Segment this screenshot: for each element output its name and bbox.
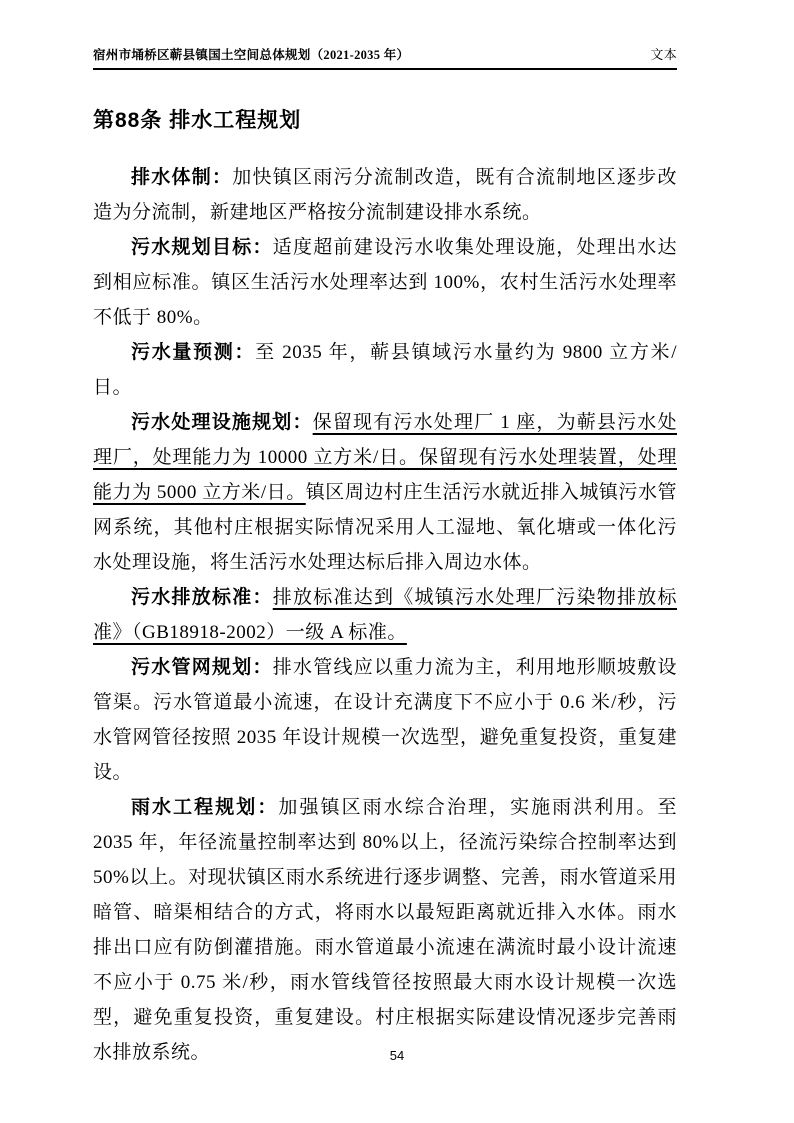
header-doc-type-label: 文本 bbox=[650, 44, 677, 63]
paragraph-label: 污水排放标准： bbox=[131, 587, 273, 608]
page-number: 54 bbox=[390, 1048, 404, 1063]
paragraph-label: 污水管网规划： bbox=[131, 657, 273, 678]
paragraph: 污水管网规划：排水管线应以重力流为主，利用地形顺坡敷设管渠。污水管道最小流速，在… bbox=[93, 650, 677, 790]
paragraph: 污水量预测：至 2035 年，蕲县镇域污水量约为 9800 立方米/日。 bbox=[93, 335, 677, 405]
document-page: 宿州市埇桥区蕲县镇国土空间总体规划（2021-2035 年） 文本 第88条 排… bbox=[0, 0, 794, 1123]
paragraph-label: 雨水工程规划： bbox=[131, 797, 278, 818]
paragraph-label: 污水规划目标： bbox=[131, 237, 273, 258]
paragraph-label: 污水量预测： bbox=[131, 342, 255, 363]
paragraph: 污水处理设施规划：保留现有污水处理厂 1 座，为蕲县污水处理厂，处理能力为 10… bbox=[93, 405, 677, 580]
text-segment: 加强镇区雨水综合治理，实施雨洪利用。至 2035 年，年径流量控制率达到 80%… bbox=[93, 797, 677, 1063]
paragraph: 污水排放标准：排放标准达到《城镇污水处理厂污染物排放标准》（GB18918-20… bbox=[93, 580, 677, 650]
paragraph-label: 污水处理设施规划： bbox=[131, 412, 313, 433]
paragraph-label: 排水体制： bbox=[131, 167, 232, 188]
paragraph: 污水规划目标：适度超前建设污水收集处理设施，处理出水达到相应标准。镇区生活污水处… bbox=[93, 230, 677, 335]
page-header: 宿州市埇桥区蕲县镇国土空间总体规划（2021-2035 年） 文本 bbox=[93, 44, 677, 70]
section-title: 第88条 排水工程规划 bbox=[93, 104, 677, 134]
header-document-title: 宿州市埇桥区蕲县镇国土空间总体规划（2021-2035 年） bbox=[93, 45, 409, 63]
document-content: 第88条 排水工程规划 排水体制：加快镇区雨污分流制改造，既有合流制地区逐步改造… bbox=[93, 96, 677, 1070]
page-footer: 54 bbox=[0, 1048, 794, 1063]
paragraph-list: 排水体制：加快镇区雨污分流制改造，既有合流制地区逐步改造为分流制，新建地区严格按… bbox=[93, 160, 677, 1070]
paragraph: 排水体制：加快镇区雨污分流制改造，既有合流制地区逐步改造为分流制，新建地区严格按… bbox=[93, 160, 677, 230]
paragraph: 雨水工程规划：加强镇区雨水综合治理，实施雨洪利用。至 2035 年，年径流量控制… bbox=[93, 790, 677, 1070]
